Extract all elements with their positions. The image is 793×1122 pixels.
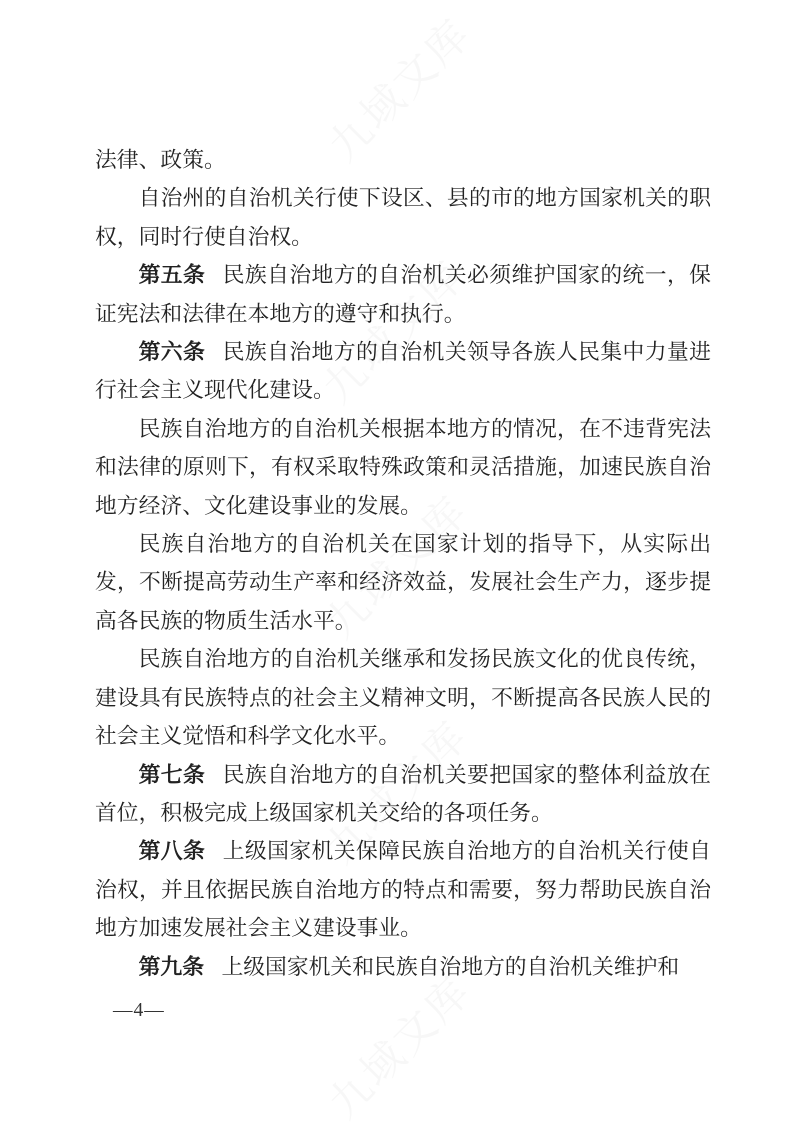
- paragraph: 第九条上级国家机关和民族自治地方的自治机关维护和: [95, 948, 711, 986]
- paragraph: 民族自治地方的自治机关继承和发扬民族文化的优良传统，建设具有民族特点的社会主义精…: [95, 640, 711, 755]
- paragraph-text: 民族自治地方的自治机关在国家计划的指导下，从实际出发，不断提高劳动生产率和经济效…: [95, 532, 711, 633]
- paragraph: 第七条民族自治地方的自治机关要把国家的整体利益放在首位，积极完成上级国家机关交给…: [95, 756, 711, 833]
- paragraph: 第五条民族自治地方的自治机关必须维护国家的统一，保证宪法和法律在本地方的遵守和执…: [95, 256, 711, 333]
- paragraph-text: 自治州的自治机关行使下设区、县的市的地方国家机关的职权，同时行使自治权。: [95, 186, 711, 248]
- paragraph-text: 法律、政策。: [95, 148, 226, 172]
- page-number: —4—: [113, 1000, 165, 1022]
- article-number: 第八条: [139, 838, 206, 863]
- paragraph-text: 上级国家机关和民族自治地方的自治机关维护和: [221, 955, 679, 979]
- article-number: 第七条: [139, 762, 206, 787]
- paragraph-text: 民族自治地方的自治机关根据本地方的情况，在不违背宪法和法律的原则下，有权采取特殊…: [95, 417, 711, 518]
- document-page: 九域文库 九域文库 九域文库 九域文库 九域文库 法律、政策。 自治州的自治机关…: [0, 0, 793, 1122]
- document-body: 法律、政策。 自治州的自治机关行使下设区、县的市的地方国家机关的职权，同时行使自…: [95, 141, 711, 986]
- article-number: 第九条: [139, 954, 204, 979]
- paragraph-text: 民族自治地方的自治机关继承和发扬民族文化的优良传统，建设具有民族特点的社会主义精…: [95, 647, 711, 748]
- paragraph: 第六条民族自治地方的自治机关领导各族人民集中力量进行社会主义现代化建设。: [95, 333, 711, 410]
- paragraph: 民族自治地方的自治机关根据本地方的情况，在不违背宪法和法律的原则下，有权采取特殊…: [95, 410, 711, 525]
- article-number: 第五条: [139, 262, 206, 287]
- paragraph: 自治州的自治机关行使下设区、县的市的地方国家机关的职权，同时行使自治权。: [95, 179, 711, 256]
- article-number: 第六条: [139, 339, 206, 364]
- paragraph: 民族自治地方的自治机关在国家计划的指导下，从实际出发，不断提高劳动生产率和经济效…: [95, 525, 711, 640]
- paragraph: 第八条上级国家机关保障民族自治地方的自治机关行使自治权，并且依据民族自治地方的特…: [95, 832, 711, 947]
- paragraph: 法律、政策。: [95, 141, 711, 179]
